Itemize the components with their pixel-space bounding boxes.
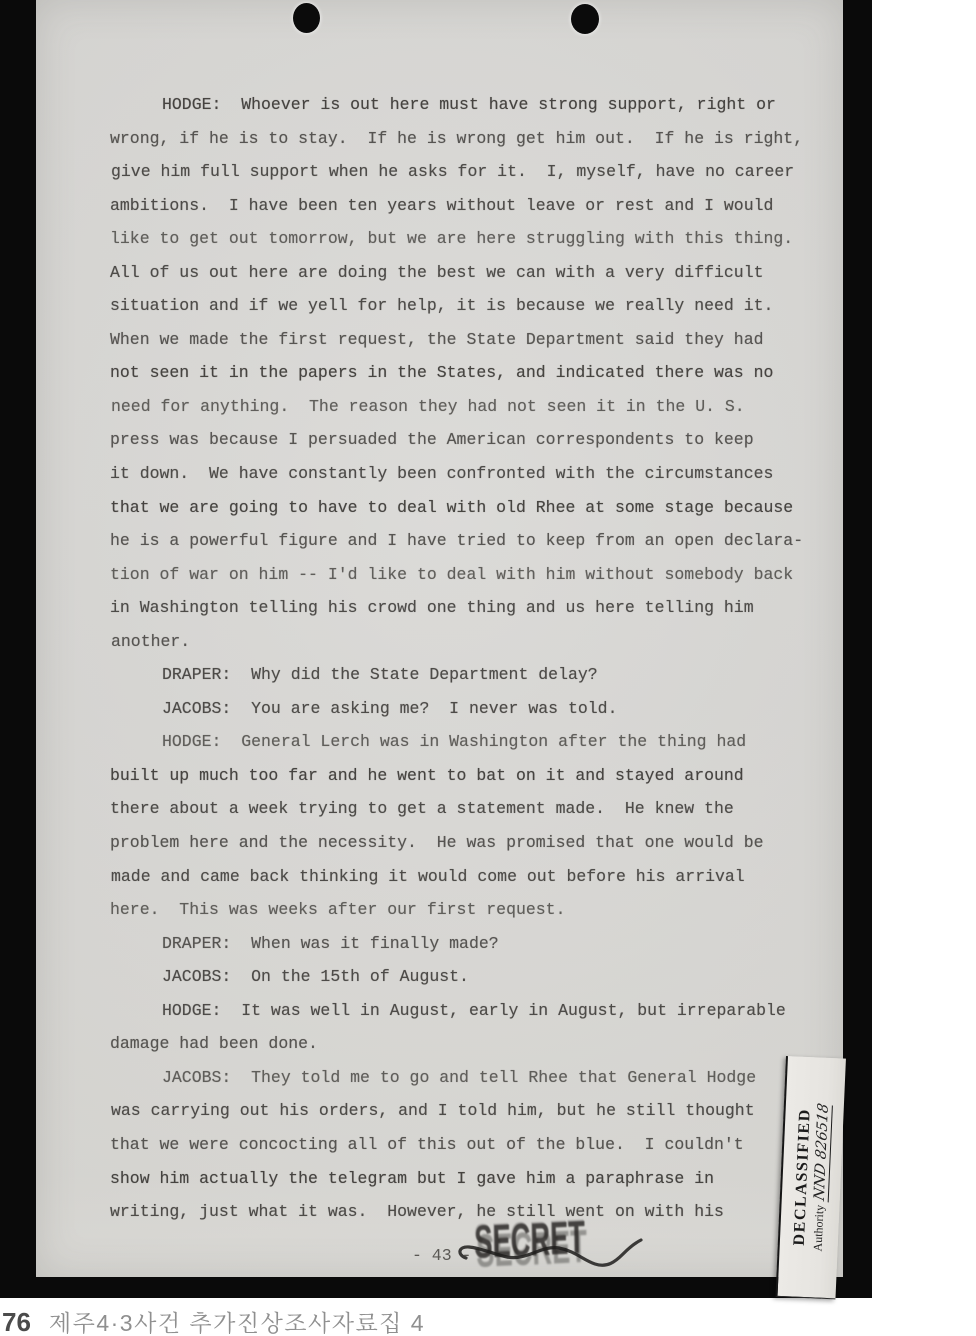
punch-hole-icon [571, 4, 599, 34]
transcript-line: press was because I persuaded the Americ… [110, 423, 850, 457]
transcript-line: DRAPER: When was it finally made? [110, 927, 850, 961]
transcript-line: show him actually the telegram but I gav… [110, 1162, 850, 1196]
declassified-stamp: DECLASSIFIED AuthorityNND 826518 [775, 1056, 845, 1299]
transcript-line: problem here and the necessity. He was p… [110, 826, 850, 860]
authority-value: NND 826518 [812, 1102, 833, 1203]
transcript-line: All of us out here are doing the best we… [110, 256, 850, 290]
document-paper: HODGE: Whoever is out here must have str… [36, 0, 843, 1277]
punch-hole-icon [293, 3, 320, 33]
transcript-line: it down. We have constantly been confron… [110, 457, 850, 491]
transcript-line: that we are going to have to deal with o… [110, 491, 850, 525]
caption-number: 76 [2, 1307, 31, 1336]
transcript-line: JACOBS: They told me to go and tell Rhee… [110, 1061, 850, 1095]
transcript-line: DRAPER: Why did the State Department del… [110, 658, 850, 692]
transcript-line: tion of war on him -- I'd like to deal w… [110, 558, 850, 592]
strike-line-icon [452, 1224, 662, 1284]
declassified-stamp-text: DECLASSIFIED AuthorityNND 826518 [780, 1056, 844, 1298]
transcript-line: that we were concocting all of this out … [110, 1128, 850, 1162]
transcript-line: HODGE: Whoever is out here must have str… [110, 88, 850, 122]
transcript-line: in Washington telling his crowd one thin… [110, 591, 850, 625]
transcript-line: situation and if we yell for help, it is… [110, 289, 850, 323]
scanned-page: HODGE: Whoever is out here must have str… [0, 0, 976, 1336]
transcript-line: JACOBS: You are asking me? I never was t… [110, 692, 850, 726]
transcript-line: wrong, if he is to stay. If he is wrong … [110, 122, 850, 156]
caption-title: 제주4·3사건 추가진상조사자료집 4 [49, 1305, 425, 1336]
footer-caption: 76 제주4·3사건 추가진상조사자료집 4 [2, 1305, 425, 1336]
transcript-line: was carrying out his orders, and I told … [111, 1094, 851, 1128]
transcript-line: not seen it in the papers in the States,… [110, 356, 850, 390]
transcript-line: JACOBS: On the 15th of August. [110, 960, 850, 994]
transcript-line: damage had been done. [110, 1027, 850, 1061]
transcript-line: give him full support when he asks for i… [111, 155, 851, 189]
transcript-line: HODGE: It was well in August, early in A… [110, 994, 850, 1028]
authority-label: Authority [811, 1204, 827, 1251]
transcript-line: here. This was weeks after our first req… [110, 893, 850, 927]
transcript-line: need for anything. The reason they had n… [111, 390, 851, 424]
transcript-line: ambitions. I have been ten years without… [110, 189, 850, 223]
transcript: HODGE: Whoever is out here must have str… [110, 88, 850, 1229]
transcript-line: made and came back thinking it would com… [111, 860, 851, 894]
transcript-line: there about a week trying to get a state… [110, 792, 850, 826]
transcript-line: built up much too far and he went to bat… [110, 759, 850, 793]
transcript-line: like to get out tomorrow, but we are her… [110, 222, 850, 256]
scan-black-frame: HODGE: Whoever is out here must have str… [0, 0, 872, 1298]
transcript-line: HODGE: General Lerch was in Washington a… [110, 725, 850, 759]
transcript-line: he is a powerful figure and I have tried… [110, 524, 850, 558]
transcript-line: When we made the first request, the Stat… [110, 323, 850, 357]
transcript-line: another. [111, 625, 851, 659]
